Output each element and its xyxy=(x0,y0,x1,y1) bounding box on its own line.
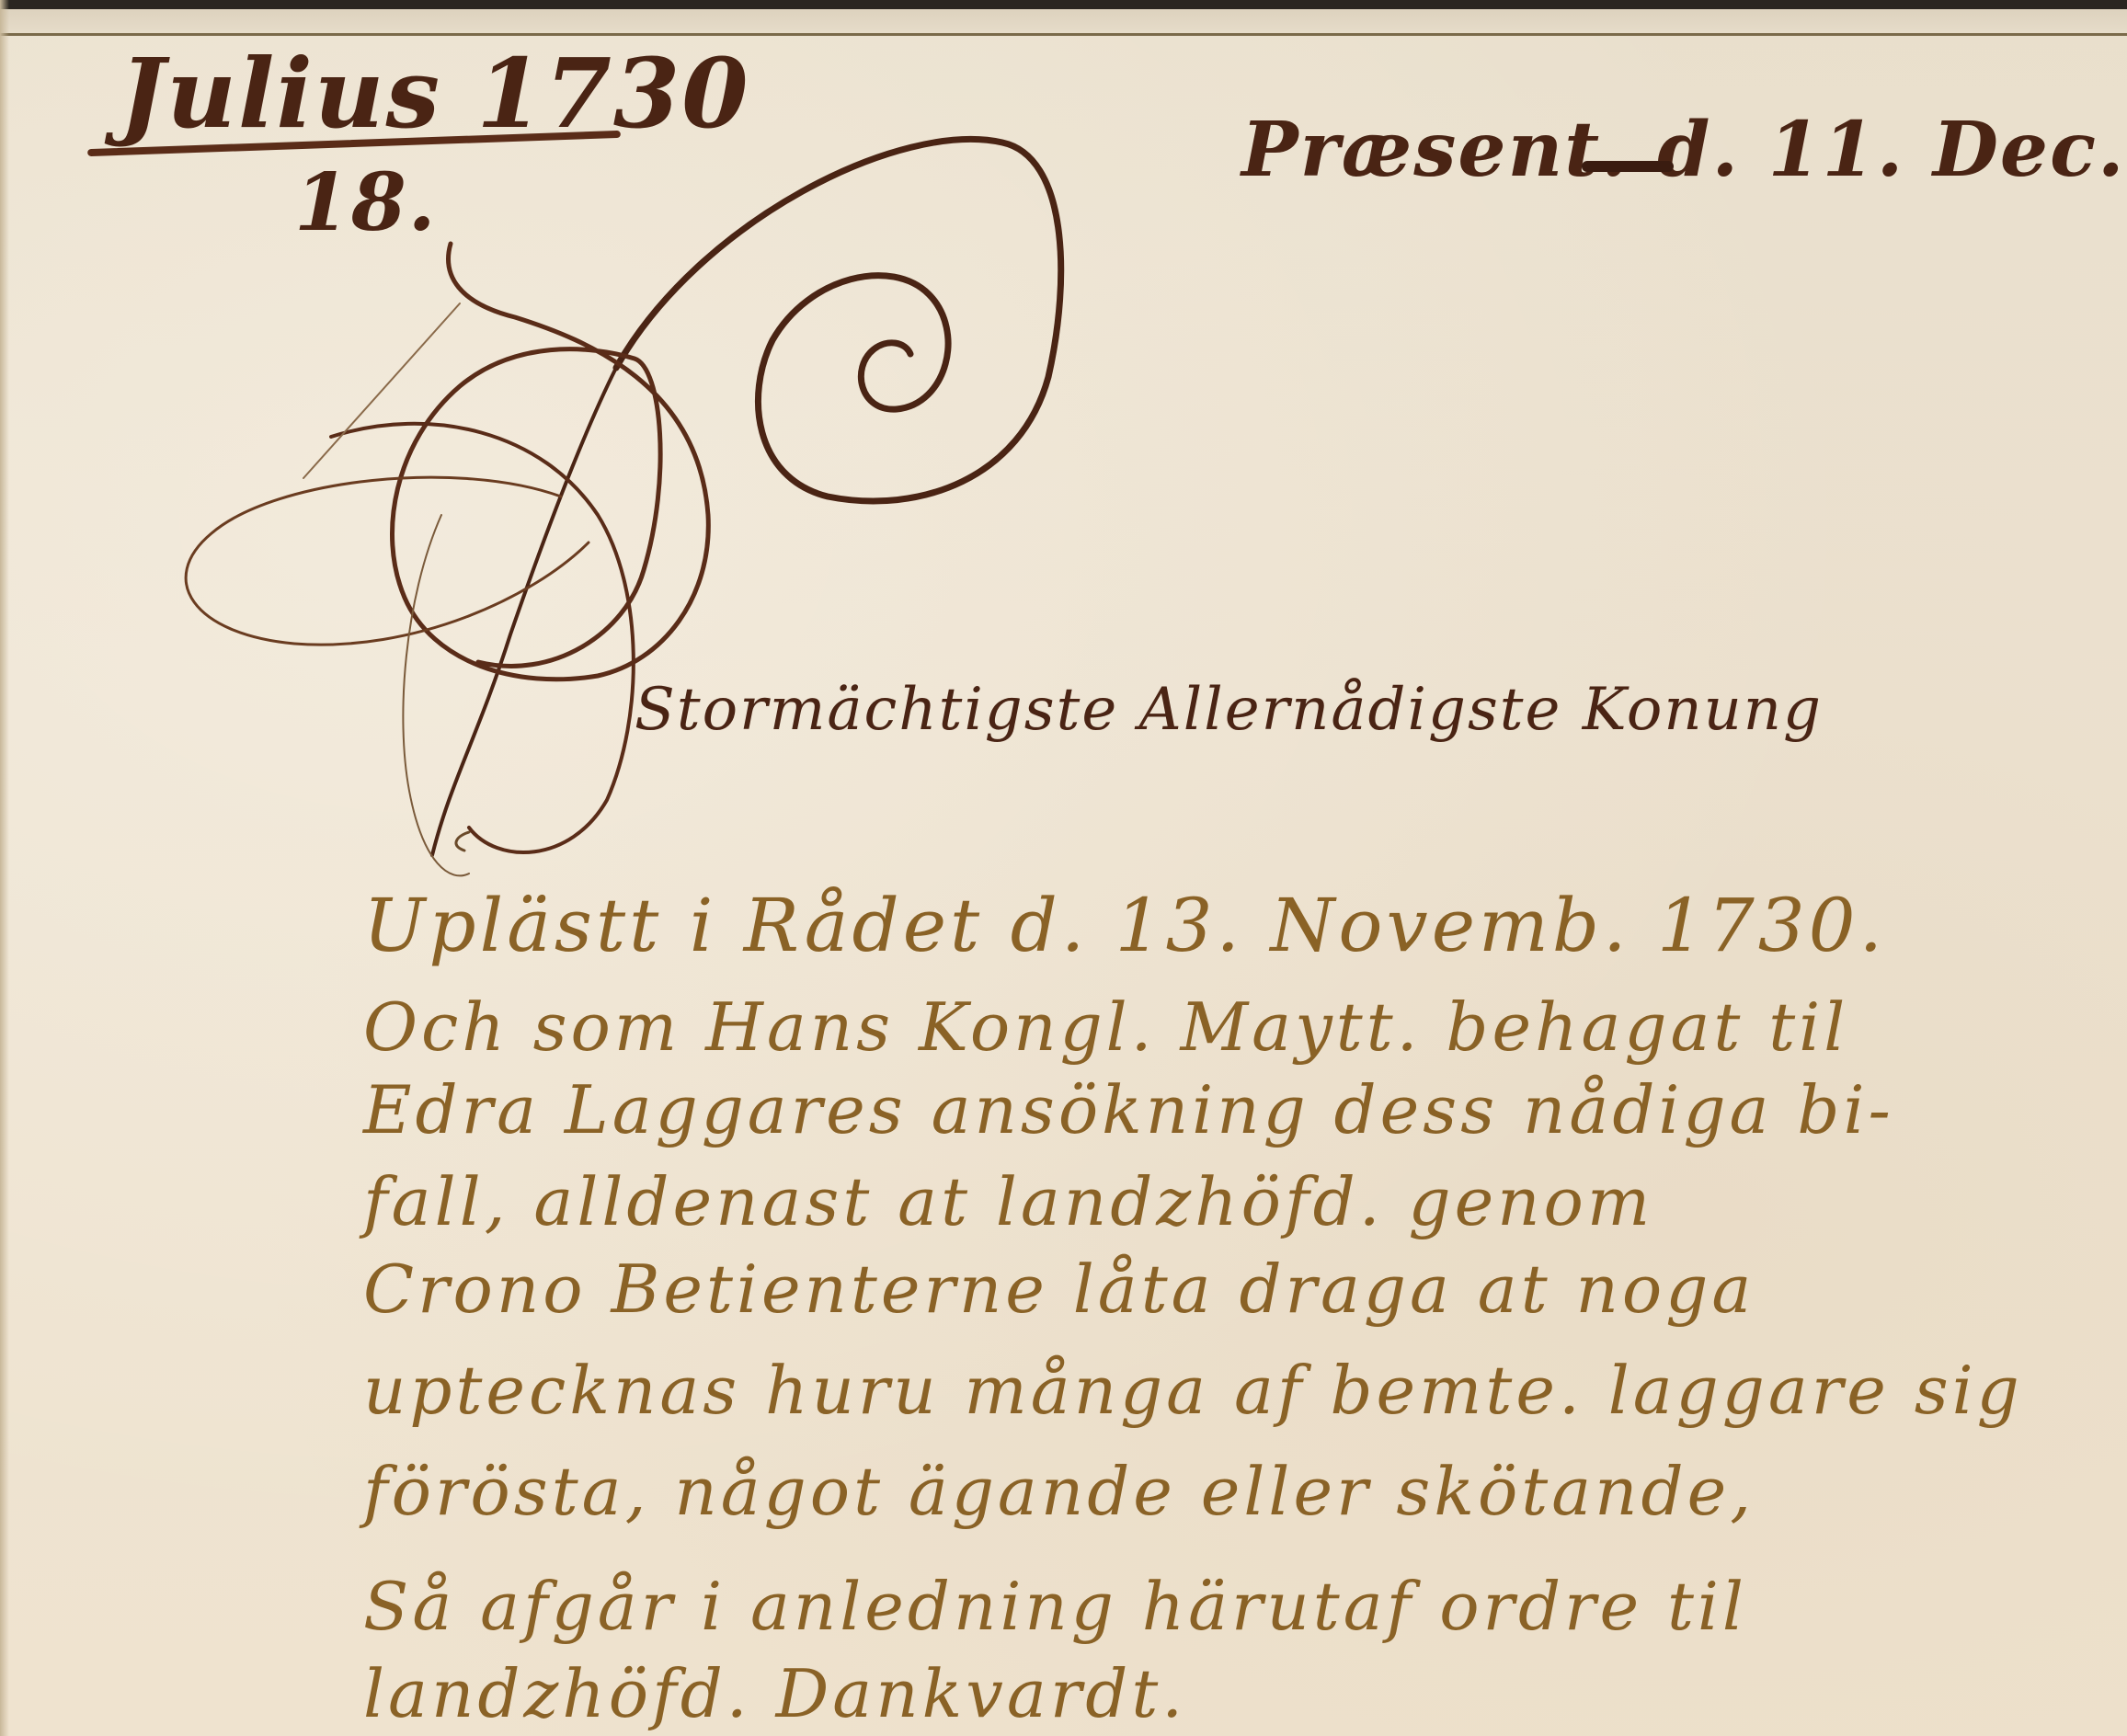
body-line-9-signature: landzhöfd. Dankvardt. xyxy=(363,1655,1186,1732)
body-line-6: uptecknas huru många af bemte. laggare s… xyxy=(363,1352,2023,1429)
header-date-day: 18. xyxy=(294,156,438,249)
manuscript-page: Julius 1730 18. Præsent. d. 11. Dec. Sto… xyxy=(0,0,2127,1736)
body-line-3: Edra Laggares ansökning dess nådiga bi- xyxy=(363,1071,1894,1148)
body-line-2: Och som Hans Kongl. Maytt. behagat til xyxy=(363,988,1848,1066)
body-line-8: Så afgår i anledning härutaf ordre til xyxy=(363,1568,1747,1645)
presented-note-underline xyxy=(1582,161,1674,172)
page-left-edge xyxy=(0,0,9,1736)
body-line-7: förösta, något ägande eller skötande, xyxy=(363,1453,1755,1530)
header-date-month-year: Julius 1730 xyxy=(120,37,750,150)
body-line-5: Crono Betienterne låta draga at noga xyxy=(363,1251,1755,1328)
page-top-shadow-edge xyxy=(0,0,2127,9)
presented-note: Præsent. d. 11. Dec. xyxy=(1241,106,2126,194)
body-line-1: Uplästt i Rådet d. 13. Novemb. 1730. xyxy=(363,883,1886,968)
salutation: Stormächtigste Allernådigste Konung xyxy=(635,676,1823,744)
body-line-4: fall, alldenast at landzhöfd. genom xyxy=(363,1163,1653,1240)
page-top-fold xyxy=(0,9,2127,36)
